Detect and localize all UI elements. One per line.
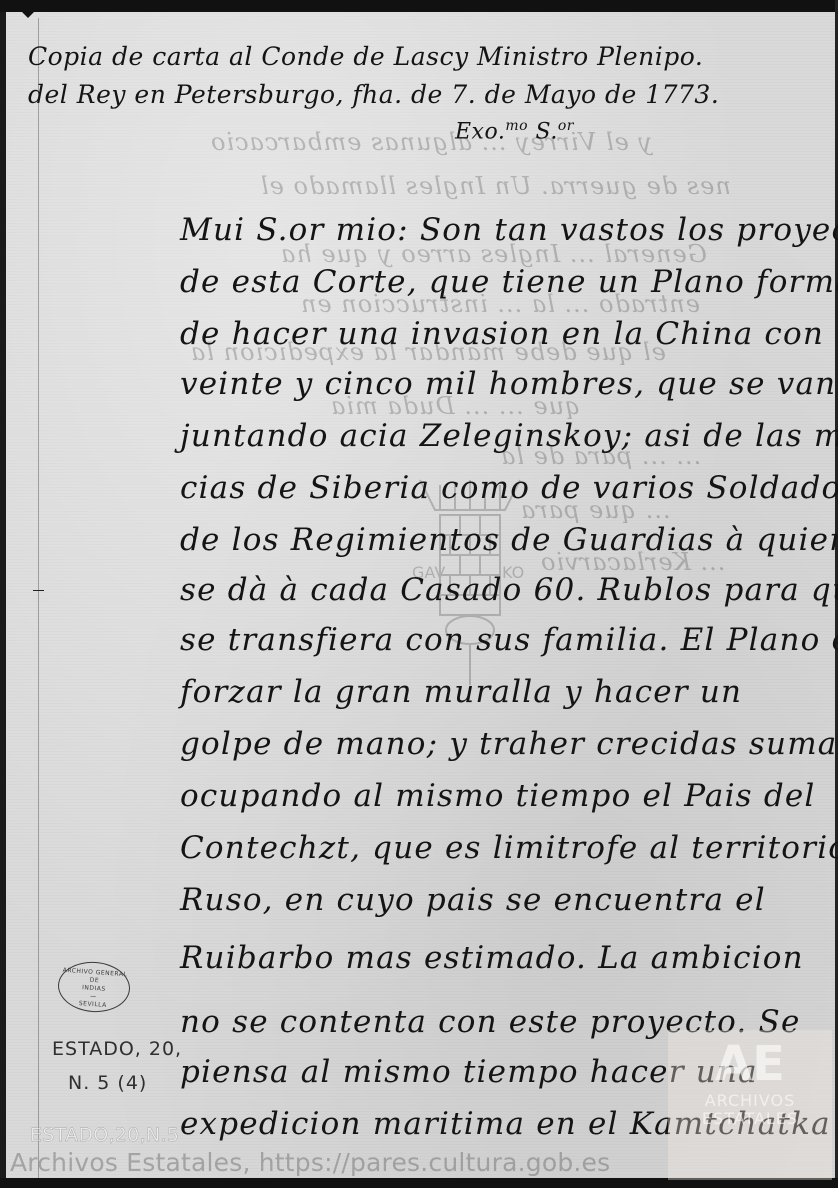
logo-text: ARCHIVOS xyxy=(668,1092,832,1110)
page-fold-line xyxy=(38,18,39,1178)
bleed-through-line: y el Virrey ... algunas embarcacio xyxy=(210,128,652,156)
scan-top-border xyxy=(0,0,838,12)
margin-reference-line-2: N. 5 (4) xyxy=(68,1072,147,1094)
archivos-estatales-logo: AE ARCHIVOS ESTATALES xyxy=(668,1030,832,1180)
body-line: golpe de mano; y traher crecidas sumas, xyxy=(180,726,838,762)
body-line: de los Regimientos de Guardias à quienes xyxy=(180,522,838,558)
heading-line-1: Copia de carta al Conde de Lascy Ministr… xyxy=(28,42,703,71)
watermark-reference-code: ESTADO,20,N.5 xyxy=(30,1124,179,1146)
body-line: de hacer una invasion en la China con xyxy=(180,316,824,352)
margin-reference-line-1: ESTADO, 20, xyxy=(52,1038,182,1060)
watermark-source: Archivos Estatales, https://pares.cultur… xyxy=(10,1148,610,1177)
body-line: Contechzt, que es limitrofe al territori… xyxy=(180,830,838,866)
salutation-mid: S. xyxy=(536,119,558,144)
page-notch xyxy=(20,10,36,18)
salutation-superscript: or xyxy=(558,118,574,134)
body-line: de esta Corte, que tiene un Plano formad… xyxy=(180,264,838,300)
salutation-base: Exo. xyxy=(455,119,505,144)
body-line: se transfiera con sus familia. El Plano … xyxy=(180,622,838,658)
fold-mark xyxy=(33,590,44,591)
body-line: Mui S.or mio: Son tan vastos los proyect… xyxy=(180,212,838,248)
body-line: Ruso, en cuyo pais se encuentra el xyxy=(180,882,766,918)
body-line: forzar la gran muralla y hacer un xyxy=(180,674,742,710)
body-line: Ruibarbo mas estimado. La ambicion xyxy=(180,940,804,976)
body-line: se dà à cada Casado 60. Rublos para que xyxy=(180,572,838,608)
heading-line-2: del Rey en Petersburgo, fha. de 7. de Ma… xyxy=(28,80,719,109)
body-line: ocupando al mismo tiempo el Pais del xyxy=(180,778,816,814)
bleed-through-line: nes de guerra. Un Ingles llamado el xyxy=(260,172,731,200)
body-line: juntando acia Zeleginskoy; asi de las mi… xyxy=(180,418,838,454)
ae-logo-icon: AE xyxy=(668,1036,832,1092)
body-line: cias de Siberia como de varios Soldados xyxy=(180,470,838,506)
salutation-superscript: mo xyxy=(505,118,528,134)
salutation-abbreviation: Exo.mo S.or xyxy=(455,118,574,144)
logo-text: ESTATALES xyxy=(668,1110,832,1128)
scanned-document: y el Virrey ... algunas embarcacio nes d… xyxy=(0,0,838,1188)
body-line: veinte y cinco mil hombres, que se van xyxy=(180,366,836,402)
